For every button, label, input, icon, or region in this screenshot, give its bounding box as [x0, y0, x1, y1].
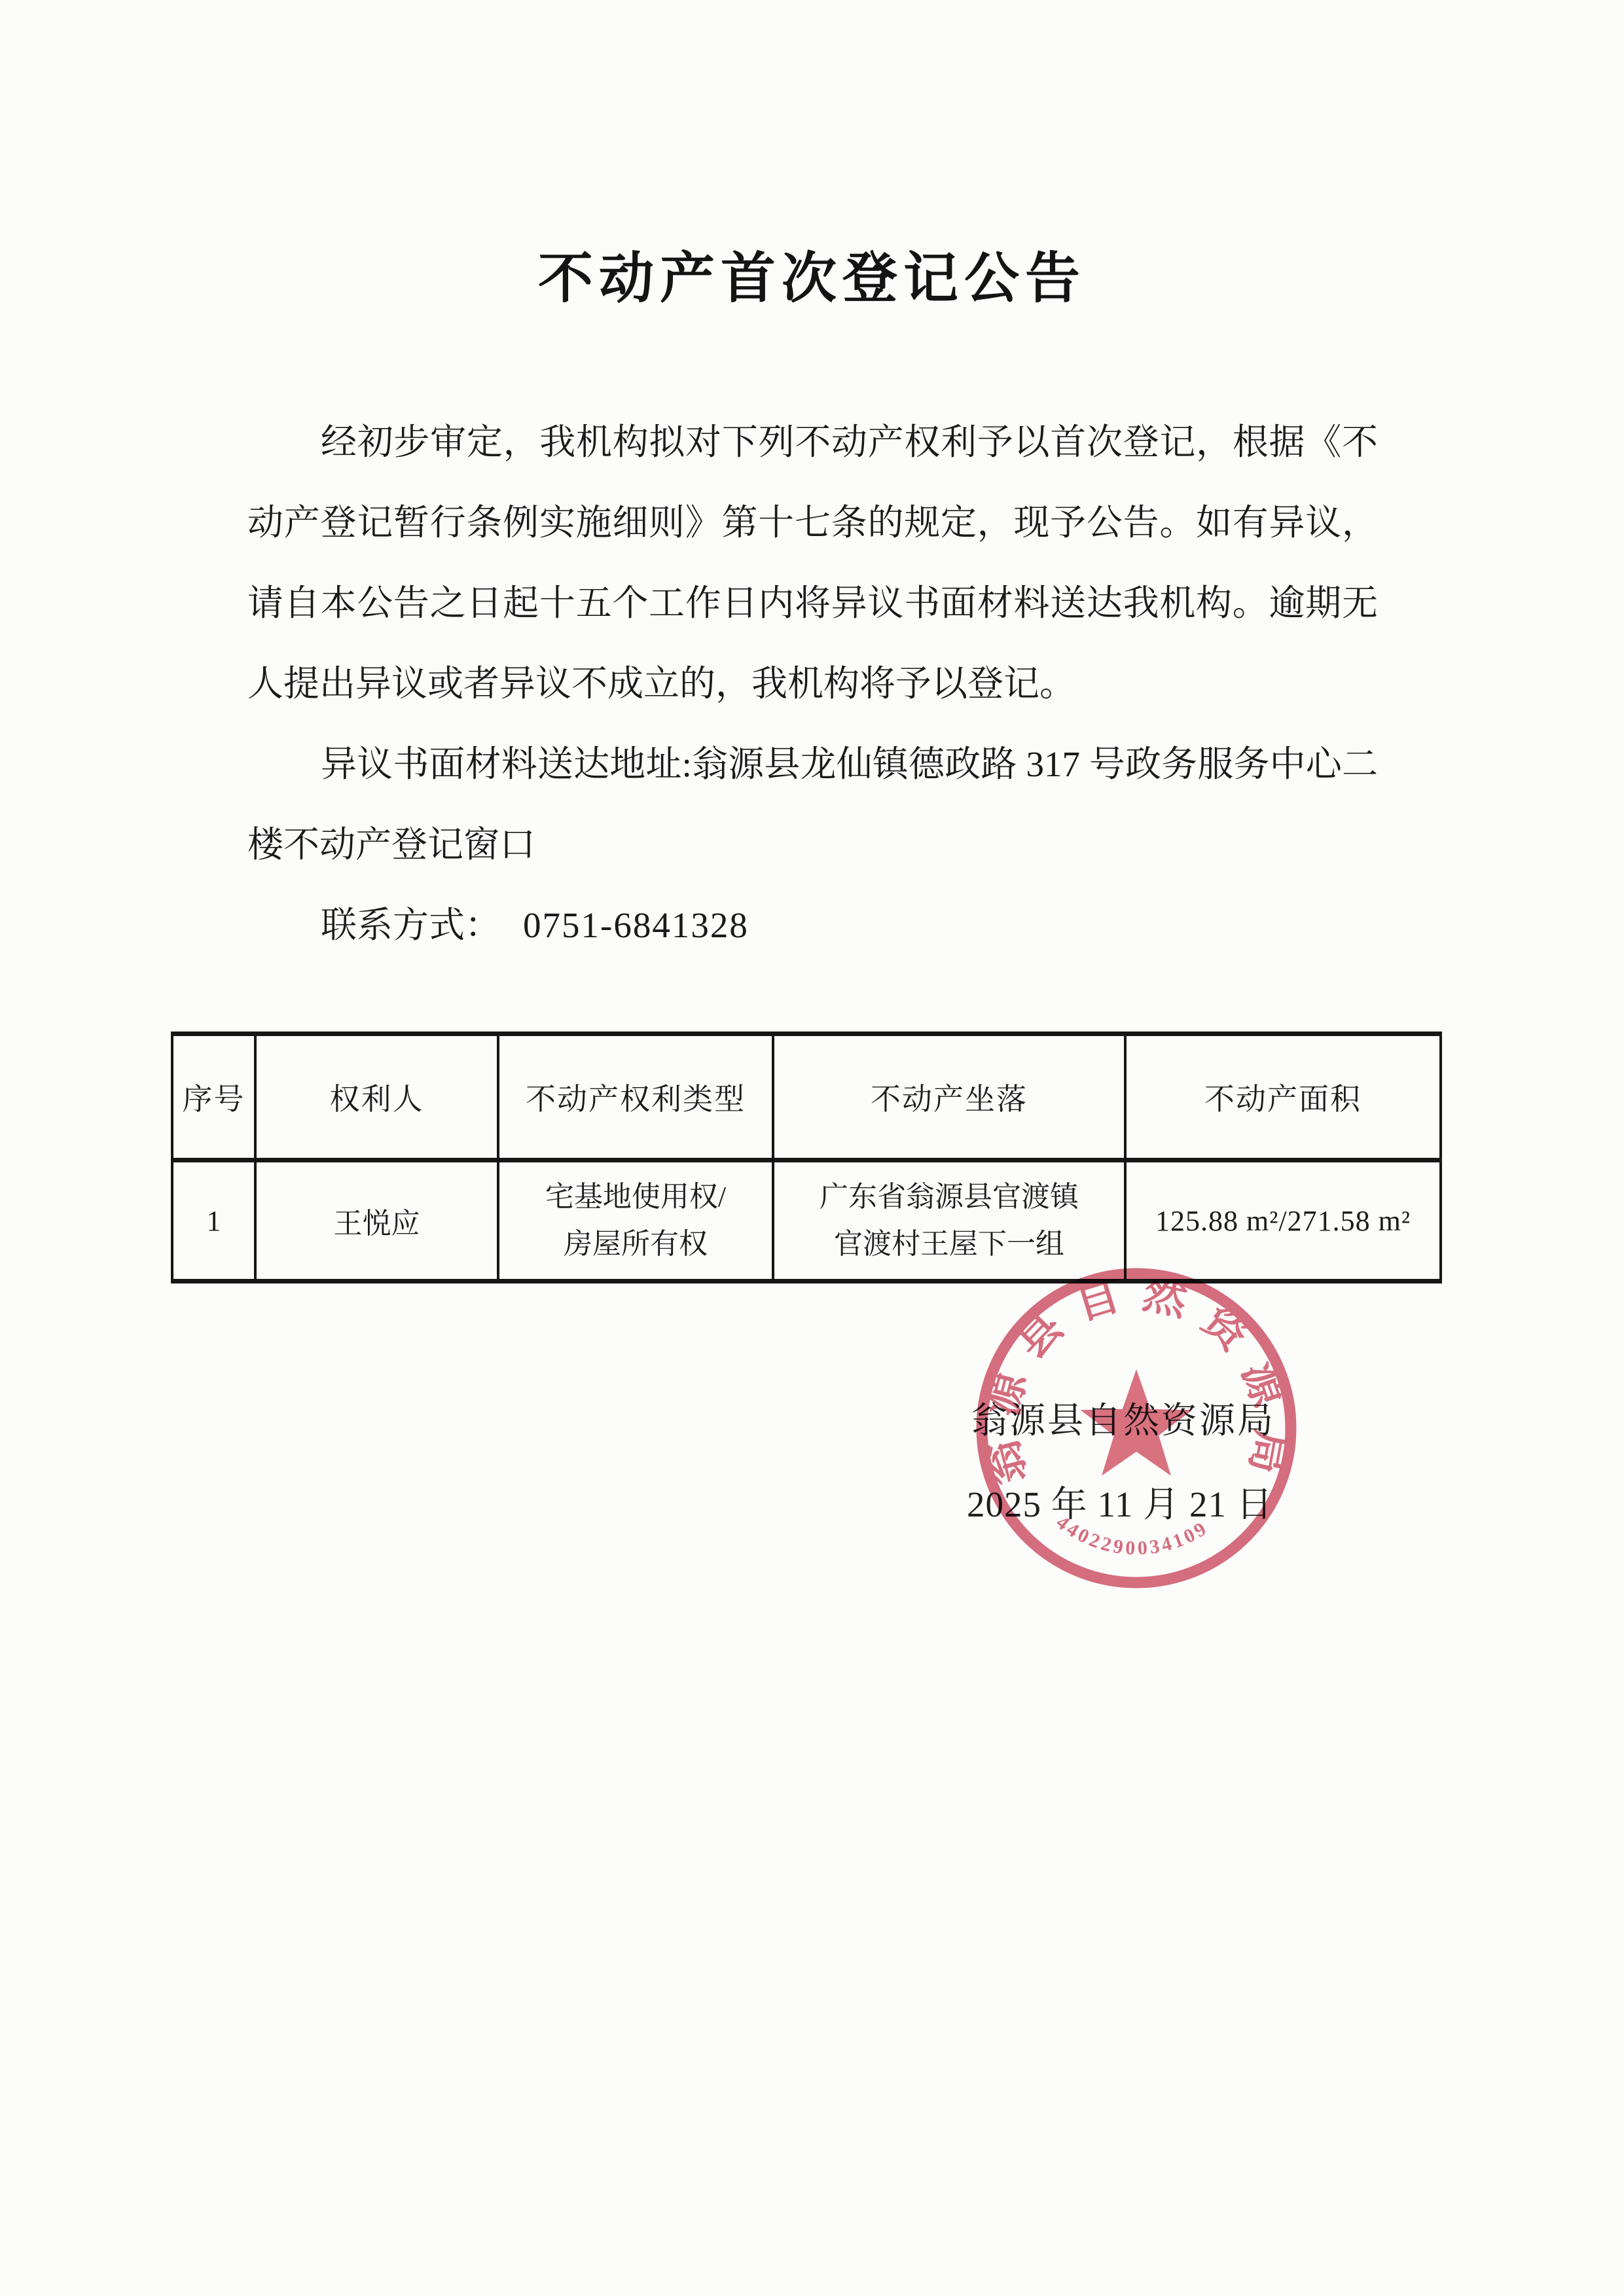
- announcement-page: 不动产首次登记公告 经初步审定，我机构拟对下列不动产权利予以首次登记，根据《不动…: [0, 0, 1624, 2296]
- cell-owner: 王悦应: [255, 1160, 498, 1282]
- svg-text:4402290034109: 4402290034109: [1052, 1511, 1210, 1559]
- contact-line: 联系方式：0751-6841328: [247, 885, 1378, 965]
- contact-phone-number: 0751-6841328: [523, 905, 749, 945]
- contact-label: 联系方式：: [321, 905, 501, 945]
- official-seal-stamp: 翁源县自然资源局 4402290034109: [960, 1251, 1313, 1605]
- header-right-type: 不动产权利类型: [498, 1034, 773, 1160]
- table-header-row: 序号 权利人 不动产权利类型 不动产坐落 不动产面积: [172, 1034, 1441, 1160]
- stamp-serial-number: 4402290034109: [1052, 1511, 1210, 1559]
- header-location: 不动产坐落: [773, 1034, 1125, 1160]
- body-text: 经初步审定，我机构拟对下列不动产权利予以首次登记，根据《不动产登记暂行条例实施细…: [247, 402, 1378, 965]
- header-index: 序号: [172, 1034, 255, 1160]
- header-area: 不动产面积: [1125, 1034, 1441, 1160]
- body-paragraph-main: 经初步审定，我机构拟对下列不动产权利予以首次登记，根据《不动产登记暂行条例实施细…: [247, 402, 1378, 724]
- body-paragraph-address: 异议书面材料送达地址:翁源县龙仙镇德政路 317 号政务服务中心二楼不动产登记窗…: [247, 724, 1378, 885]
- cell-right-type-line2: 房屋所有权: [499, 1221, 772, 1268]
- header-owner: 权利人: [255, 1034, 498, 1160]
- cell-right-type-line1: 宅基地使用权/: [499, 1174, 772, 1221]
- registration-table: 序号 权利人 不动产权利类型 不动产坐落 不动产面积 1 王悦应 宅基地使用权/…: [171, 1031, 1442, 1283]
- cell-index: 1: [172, 1160, 255, 1282]
- cell-location-line1: 广东省翁源县官渡镇: [774, 1174, 1124, 1221]
- page-title: 不动产首次登记公告: [0, 234, 1624, 314]
- cell-right-type: 宅基地使用权/ 房屋所有权: [498, 1160, 773, 1282]
- stamp-star: [1080, 1369, 1192, 1476]
